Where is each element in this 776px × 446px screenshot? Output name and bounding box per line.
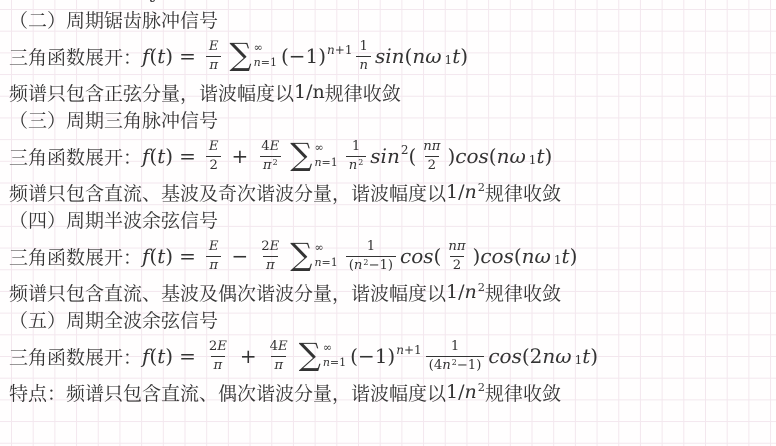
math-roman: ) <box>165 144 173 168</box>
math-roman: (−1) <box>281 44 326 68</box>
math-roman: 1/ <box>446 381 465 403</box>
math-superscript: 2 <box>401 143 409 158</box>
math-roman: ) <box>544 144 552 168</box>
math-roman: (4 <box>429 358 443 373</box>
math-roman: (2 <box>522 344 543 368</box>
formula-expression: f(t)=Eπ∑∞n=1(−1)n+11nsin(nω1t) <box>142 38 468 74</box>
math-roman: 4 <box>261 139 269 154</box>
math-roman: +1 <box>335 43 353 57</box>
formula-expression: f(t)=E2+4Eπ2∑∞n=11n2sin2(nπ2)cos(nω1t) <box>142 138 552 174</box>
heading-line: （二）周期锯齿脉冲信号 <box>0 5 776 33</box>
math-text: （二）周期锯齿脉冲信号 <box>9 6 218 33</box>
math-var: sin <box>375 44 405 68</box>
math-var: f <box>142 144 149 168</box>
math-text: 规律收敛 <box>325 79 401 106</box>
math-var: t <box>157 344 165 368</box>
math-fraction: 2Eπ <box>258 238 282 274</box>
sigma-icon: ∑ <box>290 142 312 170</box>
math-roman: 2 <box>452 358 457 367</box>
math-var: n <box>254 56 261 69</box>
math-text: 规律收敛 <box>485 279 561 306</box>
math-roman: ) <box>447 144 455 168</box>
fraction-denominator: 2 <box>450 256 464 275</box>
note-line: 频谱只包含正弦分量，谐波幅度以1/n规律收敛 <box>0 79 776 105</box>
summation-limits: ∞n=1 <box>314 241 337 271</box>
math-var: cos <box>480 244 514 268</box>
math-fraction: Eπ <box>206 38 222 74</box>
math-fraction: E2 <box>206 138 222 174</box>
math-text: 规律收敛 <box>485 179 561 206</box>
math-roman: =1 <box>330 356 346 369</box>
math-roman: 1/ <box>446 181 465 203</box>
math-var: E <box>209 239 219 254</box>
math-roman: ) <box>473 244 481 268</box>
formula-label: 三角函数展开： <box>9 343 142 370</box>
math-roman: −1) <box>457 358 482 373</box>
formula-expression: f(t)=Eπ−2Eπ∑∞n=11(n2−1)cos(nπ2)cos(nω1t) <box>142 238 577 274</box>
fraction-denominator: n2 <box>346 156 367 175</box>
math-roman: 2 <box>273 158 278 167</box>
formula-label: 三角函数展开： <box>9 143 142 170</box>
math-superscript: n+1 <box>327 43 352 58</box>
math-var: E <box>270 239 280 254</box>
fraction-denominator: n <box>356 56 371 75</box>
math-var: t <box>157 244 165 268</box>
math-roman: 1 <box>445 53 453 67</box>
math-roman: 2 <box>478 280 485 294</box>
math-var: cos <box>400 244 434 268</box>
math-text: （四）周期半波余弦信号 <box>9 206 218 233</box>
upper-limit: ∞ <box>323 341 332 356</box>
math-roman: 1 <box>367 239 375 254</box>
math-fraction: 4Eπ <box>267 338 291 374</box>
math-roman: ( <box>434 244 442 268</box>
fraction-denominator: 2 <box>425 156 439 175</box>
upper-limit: ∞ <box>314 141 323 156</box>
math-var: t <box>582 344 590 368</box>
math-subscript: 1 <box>445 53 453 68</box>
math-roman: 1/n <box>294 81 325 103</box>
math-fraction: 1(4n2−1) <box>426 338 485 374</box>
line-text: 频谱只包含直流、基波及偶次谐波分量，谐波幅度以1/n2规律收敛 <box>9 279 561 306</box>
formula-label: 三角函数展开： <box>9 43 142 70</box>
summation: ∑∞n=1 <box>299 341 346 371</box>
fraction-numerator: 4E <box>267 338 291 356</box>
math-fraction: nπ2 <box>445 238 468 274</box>
math-roman: ) <box>460 44 468 68</box>
math-var: f <box>142 344 149 368</box>
math-roman: ( <box>405 44 413 68</box>
fraction-denominator: 2 <box>206 156 220 175</box>
math-roman: 2 <box>363 258 368 267</box>
math-fraction: 4Eπ2 <box>258 138 282 174</box>
math-superscript: 2 <box>363 259 368 268</box>
math-roman: 1 <box>529 153 537 167</box>
math-subscript: 1 <box>529 153 537 168</box>
math-var: π <box>214 358 223 373</box>
math-var: t <box>562 244 570 268</box>
math-superscript: 2 <box>478 380 485 394</box>
line-text: （三）周期三角脉冲信号 <box>9 106 218 133</box>
fraction-denominator: (n2−1) <box>346 256 396 275</box>
note-page: t （二）周期锯齿脉冲信号三角函数展开：f(t)=Eπ∑∞n=1(−1)n+11… <box>0 0 776 446</box>
math-text: 频谱只包含正弦分量，谐波幅度以 <box>9 79 294 106</box>
math-var: n <box>327 43 335 57</box>
math-var: n <box>323 356 330 369</box>
math-var: t <box>157 144 165 168</box>
upper-limit: ∞ <box>254 41 263 56</box>
math-superscript: 2 <box>273 159 278 168</box>
math-roman: ∞ <box>254 41 263 54</box>
lower-limit: n=1 <box>314 256 337 271</box>
math-roman: (−1) <box>350 344 395 368</box>
math-roman: ( <box>149 44 157 68</box>
math-operator: = <box>179 144 196 168</box>
fraction-numerator: 4E <box>258 138 282 156</box>
math-var: t <box>452 44 460 68</box>
math-roman: ( <box>489 144 497 168</box>
lower-limit: n=1 <box>254 56 277 71</box>
math-roman: 2 <box>401 143 409 157</box>
upper-limit: ∞ <box>314 241 323 256</box>
sigma-icon: ∑ <box>299 342 321 370</box>
math-var: t <box>157 44 165 68</box>
fraction-numerator: nπ <box>420 138 443 156</box>
math-roman: =1 <box>261 56 277 69</box>
math-text: （五）周期全波余弦信号 <box>9 306 218 333</box>
lower-limit: n=1 <box>314 156 337 171</box>
math-roman: −1) <box>368 258 393 273</box>
math-superscript: 2 <box>452 359 457 368</box>
fraction-denominator: π <box>263 256 278 275</box>
math-var: E <box>209 39 219 54</box>
math-roman: ) <box>165 244 173 268</box>
math-var: π <box>209 258 218 273</box>
math-roman: ( <box>149 144 157 168</box>
math-var: E <box>270 139 280 154</box>
fraction-denominator: π <box>206 56 221 75</box>
summation: ∑∞n=1 <box>290 141 337 171</box>
math-fraction: 1n <box>356 38 371 74</box>
fraction-numerator: 2E <box>258 238 282 256</box>
math-roman: ∞ <box>323 341 332 354</box>
math-operator: = <box>179 244 196 268</box>
summation: ∑∞n=1 <box>230 41 277 71</box>
formula-line: 三角函数展开：f(t)=E2+4Eπ2∑∞n=11n2sin2(nπ2)cos(… <box>0 133 776 179</box>
summation-limits: ∞n=1 <box>314 141 337 171</box>
fraction-numerator: 1 <box>349 138 363 156</box>
fraction-numerator: 1 <box>357 38 371 56</box>
math-var: n <box>442 358 451 373</box>
math-operator: + <box>240 344 257 368</box>
math-roman: ) <box>590 344 598 368</box>
math-roman: +1 <box>404 343 422 357</box>
math-var: π <box>266 258 275 273</box>
math-roman: 2 <box>453 258 461 273</box>
math-fraction: 2Eπ <box>206 338 230 374</box>
math-var: n <box>396 343 404 357</box>
math-roman: 2 <box>428 158 436 173</box>
fraction-denominator: π2 <box>260 156 281 175</box>
formula-line: 三角函数展开：f(t)=Eπ−2Eπ∑∞n=11(n2−1)cos(nπ2)co… <box>0 233 776 279</box>
math-var: nω <box>542 344 571 368</box>
fraction-denominator: π <box>271 356 286 375</box>
summation: ∑∞n=1 <box>290 241 337 271</box>
math-superscript: 2 <box>478 180 485 194</box>
line-text: （二）周期锯齿脉冲信号 <box>9 6 218 33</box>
math-roman: =1 <box>322 256 338 269</box>
sigma-icon: ∑ <box>230 42 252 70</box>
math-subscript: 1 <box>554 253 562 268</box>
math-superscript: 2 <box>478 280 485 294</box>
math-var: π <box>209 58 218 73</box>
math-roman: ) <box>165 44 173 68</box>
math-roman: ∞ <box>314 241 323 254</box>
math-roman: ∞ <box>314 141 323 154</box>
math-roman: ( <box>149 244 157 268</box>
math-roman: 1 <box>554 253 562 267</box>
math-roman: ( <box>149 344 157 368</box>
math-var: f <box>142 244 149 268</box>
math-roman: ( <box>514 244 522 268</box>
math-var: cos <box>455 144 489 168</box>
formula-line: 三角函数展开：f(t)=2Eπ+4Eπ∑∞n=1(−1)n+11(4n2−1)c… <box>0 333 776 379</box>
math-roman: 2 <box>209 339 217 354</box>
note-line: 频谱只包含直流、基波及偶次谐波分量，谐波幅度以1/n2规律收敛 <box>0 279 776 305</box>
math-var: sin <box>370 144 400 168</box>
math-operator: + <box>232 144 249 168</box>
math-roman: 1 <box>360 39 368 54</box>
math-superscript: 2 <box>358 159 363 168</box>
heading-line: （四）周期半波余弦信号 <box>0 205 776 233</box>
line-text: 频谱只包含直流、基波及奇次谐波分量，谐波幅度以1/n2规律收敛 <box>9 179 561 206</box>
math-fraction: Eπ <box>206 238 222 274</box>
math-text: 频谱只包含直流、基波及偶次谐波分量，谐波幅度以 <box>9 279 446 306</box>
math-var: nω <box>522 244 551 268</box>
math-subscript: 1 <box>575 353 583 368</box>
math-roman: 4 <box>270 339 278 354</box>
math-var: n <box>465 181 477 203</box>
math-var: n <box>465 281 477 303</box>
math-operator: = <box>179 44 196 68</box>
math-var: π <box>274 358 283 373</box>
formula-label: 三角函数展开： <box>9 243 142 270</box>
math-fraction: nπ2 <box>420 138 443 174</box>
fraction-numerator: E <box>206 38 222 56</box>
math-var: E <box>278 339 288 354</box>
math-roman: 1 <box>352 139 360 154</box>
note-line: 频谱只包含直流、基波及奇次谐波分量，谐波幅度以1/n2规律收敛 <box>0 179 776 205</box>
math-superscript: n+1 <box>396 343 421 358</box>
math-roman: ) <box>570 244 578 268</box>
line-text: （五）周期全波余弦信号 <box>9 306 218 333</box>
formula-expression: f(t)=2Eπ+4Eπ∑∞n=1(−1)n+11(4n2−1)cos(2nω1… <box>142 338 598 374</box>
fraction-denominator: π <box>206 256 221 275</box>
fraction-numerator: E <box>206 238 222 256</box>
summation-limits: ∞n=1 <box>254 41 277 71</box>
math-roman: 2 <box>209 158 217 173</box>
math-operator: = <box>179 344 196 368</box>
heading-line: （五）周期全波余弦信号 <box>0 305 776 333</box>
content-area: （二）周期锯齿脉冲信号三角函数展开：f(t)=Eπ∑∞n=1(−1)n+11ns… <box>0 0 776 446</box>
fraction-numerator: 1 <box>448 338 462 356</box>
fraction-numerator: nπ <box>445 238 468 256</box>
fraction-denominator: (4n2−1) <box>426 356 485 375</box>
math-var: E <box>209 139 219 154</box>
math-var: n <box>359 58 368 73</box>
math-text: （三）周期三角脉冲信号 <box>9 106 218 133</box>
math-text: 频谱只包含直流、基波及奇次谐波分量，谐波幅度以 <box>9 179 446 206</box>
sigma-icon: ∑ <box>290 242 312 270</box>
math-fraction: 1n2 <box>346 138 367 174</box>
math-var: E <box>217 339 227 354</box>
math-var: n <box>349 158 358 173</box>
math-var: n <box>314 256 321 269</box>
math-var: nπ <box>423 139 440 154</box>
line-text: （四）周期半波余弦信号 <box>9 206 218 233</box>
math-var: nω <box>497 144 526 168</box>
math-roman: 2 <box>261 239 269 254</box>
math-roman: ) <box>165 344 173 368</box>
math-var: cos <box>488 344 522 368</box>
math-roman: =1 <box>322 156 338 169</box>
line-text: 频谱只包含正弦分量，谐波幅度以1/n规律收敛 <box>9 79 401 106</box>
heading-line: （三）周期三角脉冲信号 <box>0 105 776 133</box>
math-text: 特点：频谱只包含直流、偶次谐波分量，谐波幅度以 <box>9 379 446 406</box>
math-roman: 1 <box>575 353 583 367</box>
math-var: nπ <box>448 239 465 254</box>
math-roman: 2 <box>478 380 485 394</box>
math-operator: − <box>232 244 249 268</box>
note-line: 特点：频谱只包含直流、偶次谐波分量，谐波幅度以1/n2规律收敛 <box>0 379 776 405</box>
math-text: 规律收敛 <box>485 379 561 406</box>
summation-limits: ∞n=1 <box>323 341 346 371</box>
lower-limit: n=1 <box>323 356 346 371</box>
fraction-denominator: π <box>211 356 226 375</box>
math-roman: 1/ <box>446 281 465 303</box>
line-text: 特点：频谱只包含直流、偶次谐波分量，谐波幅度以1/n2规律收敛 <box>9 379 561 406</box>
math-var: t <box>536 144 544 168</box>
math-roman: 1 <box>451 339 459 354</box>
math-roman: 2 <box>358 158 363 167</box>
fraction-numerator: 2E <box>206 338 230 356</box>
fraction-numerator: 1 <box>364 238 378 256</box>
math-fraction: 1(n2−1) <box>346 238 396 274</box>
math-roman: ( <box>408 144 416 168</box>
fraction-numerator: E <box>206 138 222 156</box>
math-roman: 2 <box>478 180 485 194</box>
math-var: π <box>263 158 272 173</box>
math-var: n <box>314 156 321 169</box>
math-var: f <box>142 44 149 68</box>
math-var: n <box>465 381 477 403</box>
math-var: nω <box>412 44 441 68</box>
formula-line: 三角函数展开：f(t)=Eπ∑∞n=1(−1)n+11nsin(nω1t) <box>0 33 776 79</box>
math-var: n <box>354 258 363 273</box>
